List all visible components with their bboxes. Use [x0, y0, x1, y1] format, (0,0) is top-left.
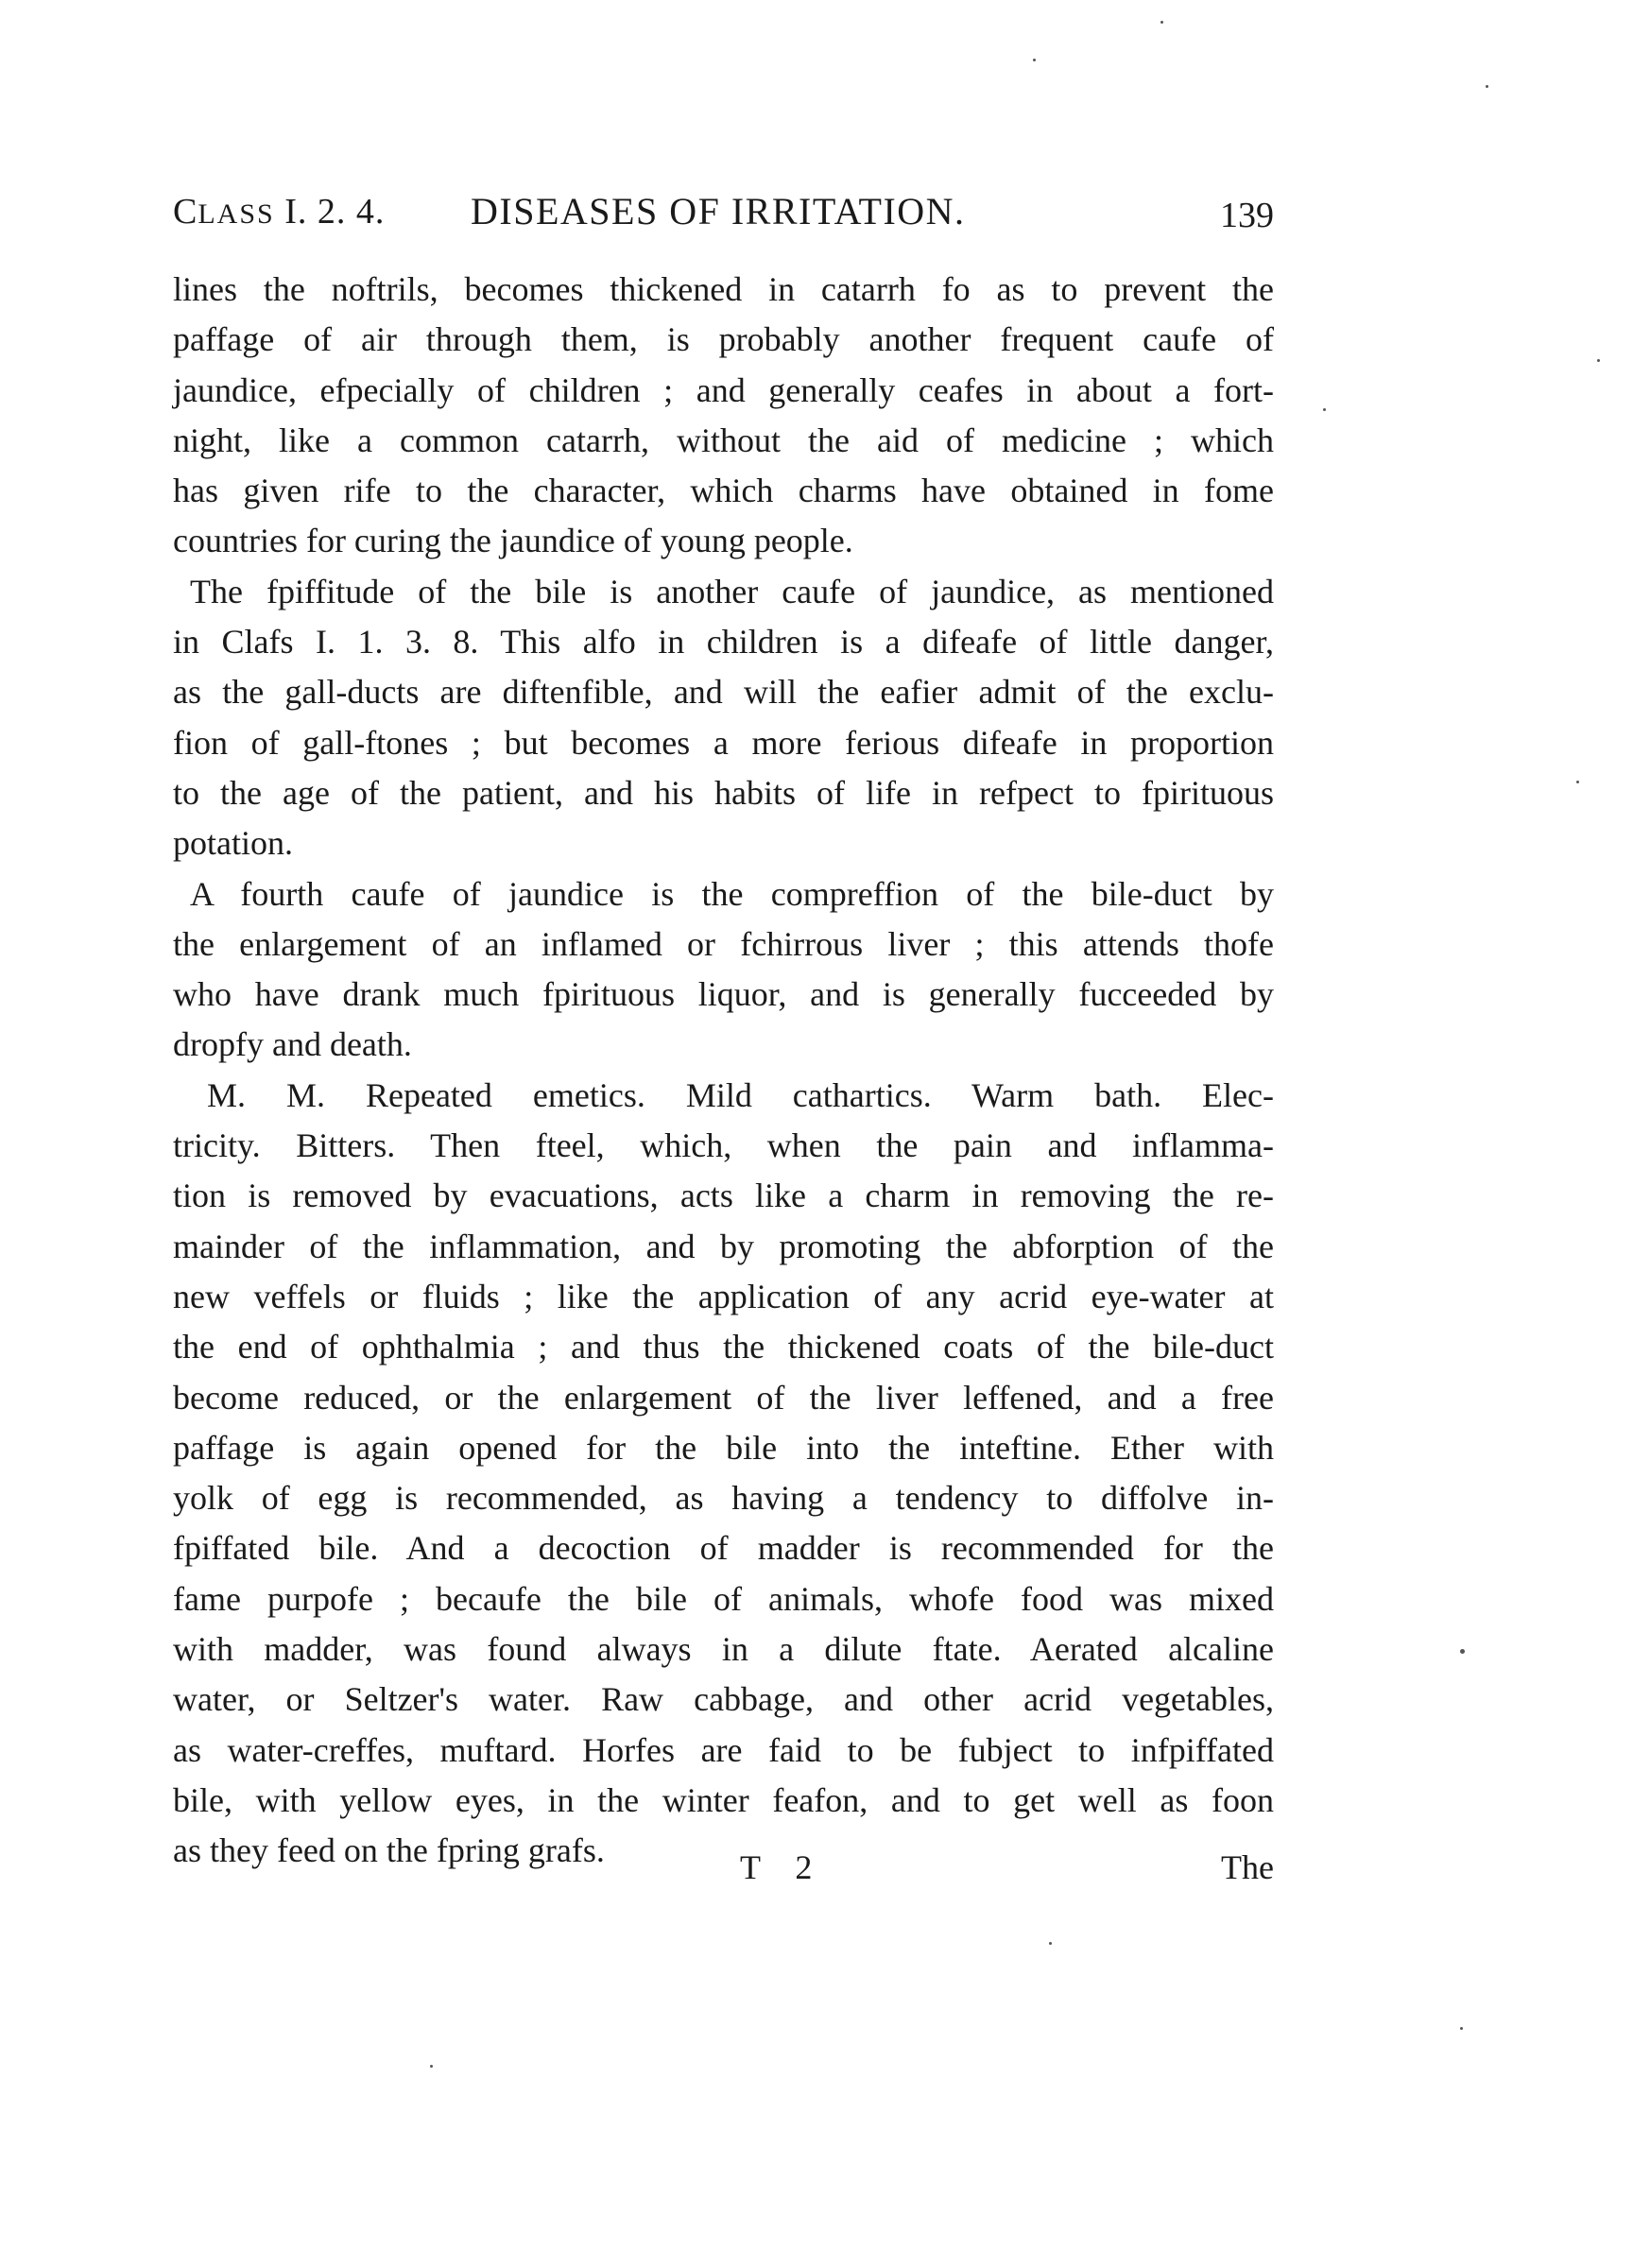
text-line: with madder, was found always in a dilut… [173, 1624, 1274, 1675]
text-line: become reduced, or the enlargement of th… [173, 1373, 1274, 1423]
text-line: countries for curing the jaundice of you… [173, 516, 1274, 566]
paragraph-4: M. M. Repeated emetics. Mild cathartics.… [173, 1071, 1274, 1877]
scan-speck [1460, 2027, 1463, 2030]
scan-speck [430, 2065, 433, 2068]
text-line: dropfy and death. [173, 1020, 1274, 1070]
text-line: in Clafs I. 1. 3. 8. This alfo in childr… [173, 617, 1274, 667]
body-text: lines the noftrils, becomes thickened in… [173, 265, 1274, 1877]
class-reference: CLASS I. 2. 4. [173, 185, 385, 241]
scan-speck [1033, 59, 1036, 61]
paragraph-3: A fourth caufe of jaundice is the compre… [173, 869, 1274, 1071]
text-line: the end of ophthalmia ; and thus the thi… [173, 1322, 1274, 1372]
scan-speck [1049, 1942, 1052, 1945]
catchword: The [1221, 1841, 1274, 1894]
text-line: tion is removed by evacuations, acts lik… [173, 1171, 1274, 1221]
book-page: CLASS I. 2. 4. DISEASES OF IRRITATION. 1… [0, 0, 1633, 2268]
class-prefix: C [173, 192, 198, 232]
scan-speck [1323, 408, 1326, 411]
text-line: yolk of egg is recommended, as having a … [173, 1473, 1274, 1523]
text-line: water, or Seltzer's water. Raw cabbage, … [173, 1675, 1274, 1725]
scan-speck [1486, 85, 1488, 88]
signature-mark: T 2 [740, 1841, 825, 1894]
text-line: new veffels or fluids ; like the applica… [173, 1272, 1274, 1322]
page-number: 139 [1220, 189, 1274, 242]
text-line: fpiffated bile. And a decoction of madde… [173, 1523, 1274, 1573]
text-line: The fpiffitude of the bile is another ca… [173, 567, 1274, 617]
text-line: as the gall-ducts are diftenfible, and w… [173, 667, 1274, 717]
running-head: CLASS I. 2. 4. DISEASES OF IRRITATION. 1… [173, 185, 1274, 238]
paragraph-2: The fpiffitude of the bile is another ca… [173, 567, 1274, 869]
scan-speck [1576, 781, 1579, 783]
class-smallcaps: LASS [198, 198, 274, 230]
text-line: night, like a common catarrh, without th… [173, 416, 1274, 466]
paragraph-1: lines the noftrils, becomes thickened in… [173, 265, 1274, 567]
text-line: paffage of air through them, is probably… [173, 315, 1274, 365]
scan-speck [1597, 359, 1600, 362]
text-line: M. M. Repeated emetics. Mild cathartics.… [173, 1071, 1274, 1121]
text-line: who have drank much fpirituous liquor, a… [173, 970, 1274, 1020]
scan-speck [1460, 1649, 1465, 1654]
text-line: jaundice, efpecially of children ; and g… [173, 366, 1274, 416]
text-line: to the age of the patient, and his habit… [173, 768, 1274, 818]
page-footer: T 2 The [173, 1841, 1274, 1894]
text-line: fame purpofe ; becaufe the bile of anima… [173, 1574, 1274, 1624]
text-line: as water-creffes, muftard. Horfes are fa… [173, 1726, 1274, 1776]
text-line: has given rife to the character, which c… [173, 466, 1274, 516]
text-line: lines the noftrils, becomes thickened in… [173, 265, 1274, 315]
text-line: A fourth caufe of jaundice is the compre… [173, 869, 1274, 919]
class-ref-number: I. 2. 4. [275, 192, 386, 232]
text-line: mainder of the inflammation, and by prom… [173, 1222, 1274, 1272]
text-line: potation. [173, 818, 1274, 868]
text-line: paffage is again opened for the bile int… [173, 1423, 1274, 1473]
text-line: tricity. Bitters. Then fteel, which, whe… [173, 1121, 1274, 1171]
text-line: bile, with yellow eyes, in the winter fe… [173, 1776, 1274, 1826]
text-line: fion of gall-ftones ; but becomes a more… [173, 718, 1274, 768]
scan-speck [1160, 21, 1163, 24]
text-line: the enlargement of an inflamed or fchirr… [173, 919, 1274, 970]
chapter-title: DISEASES OF IRRITATION. [471, 185, 966, 238]
